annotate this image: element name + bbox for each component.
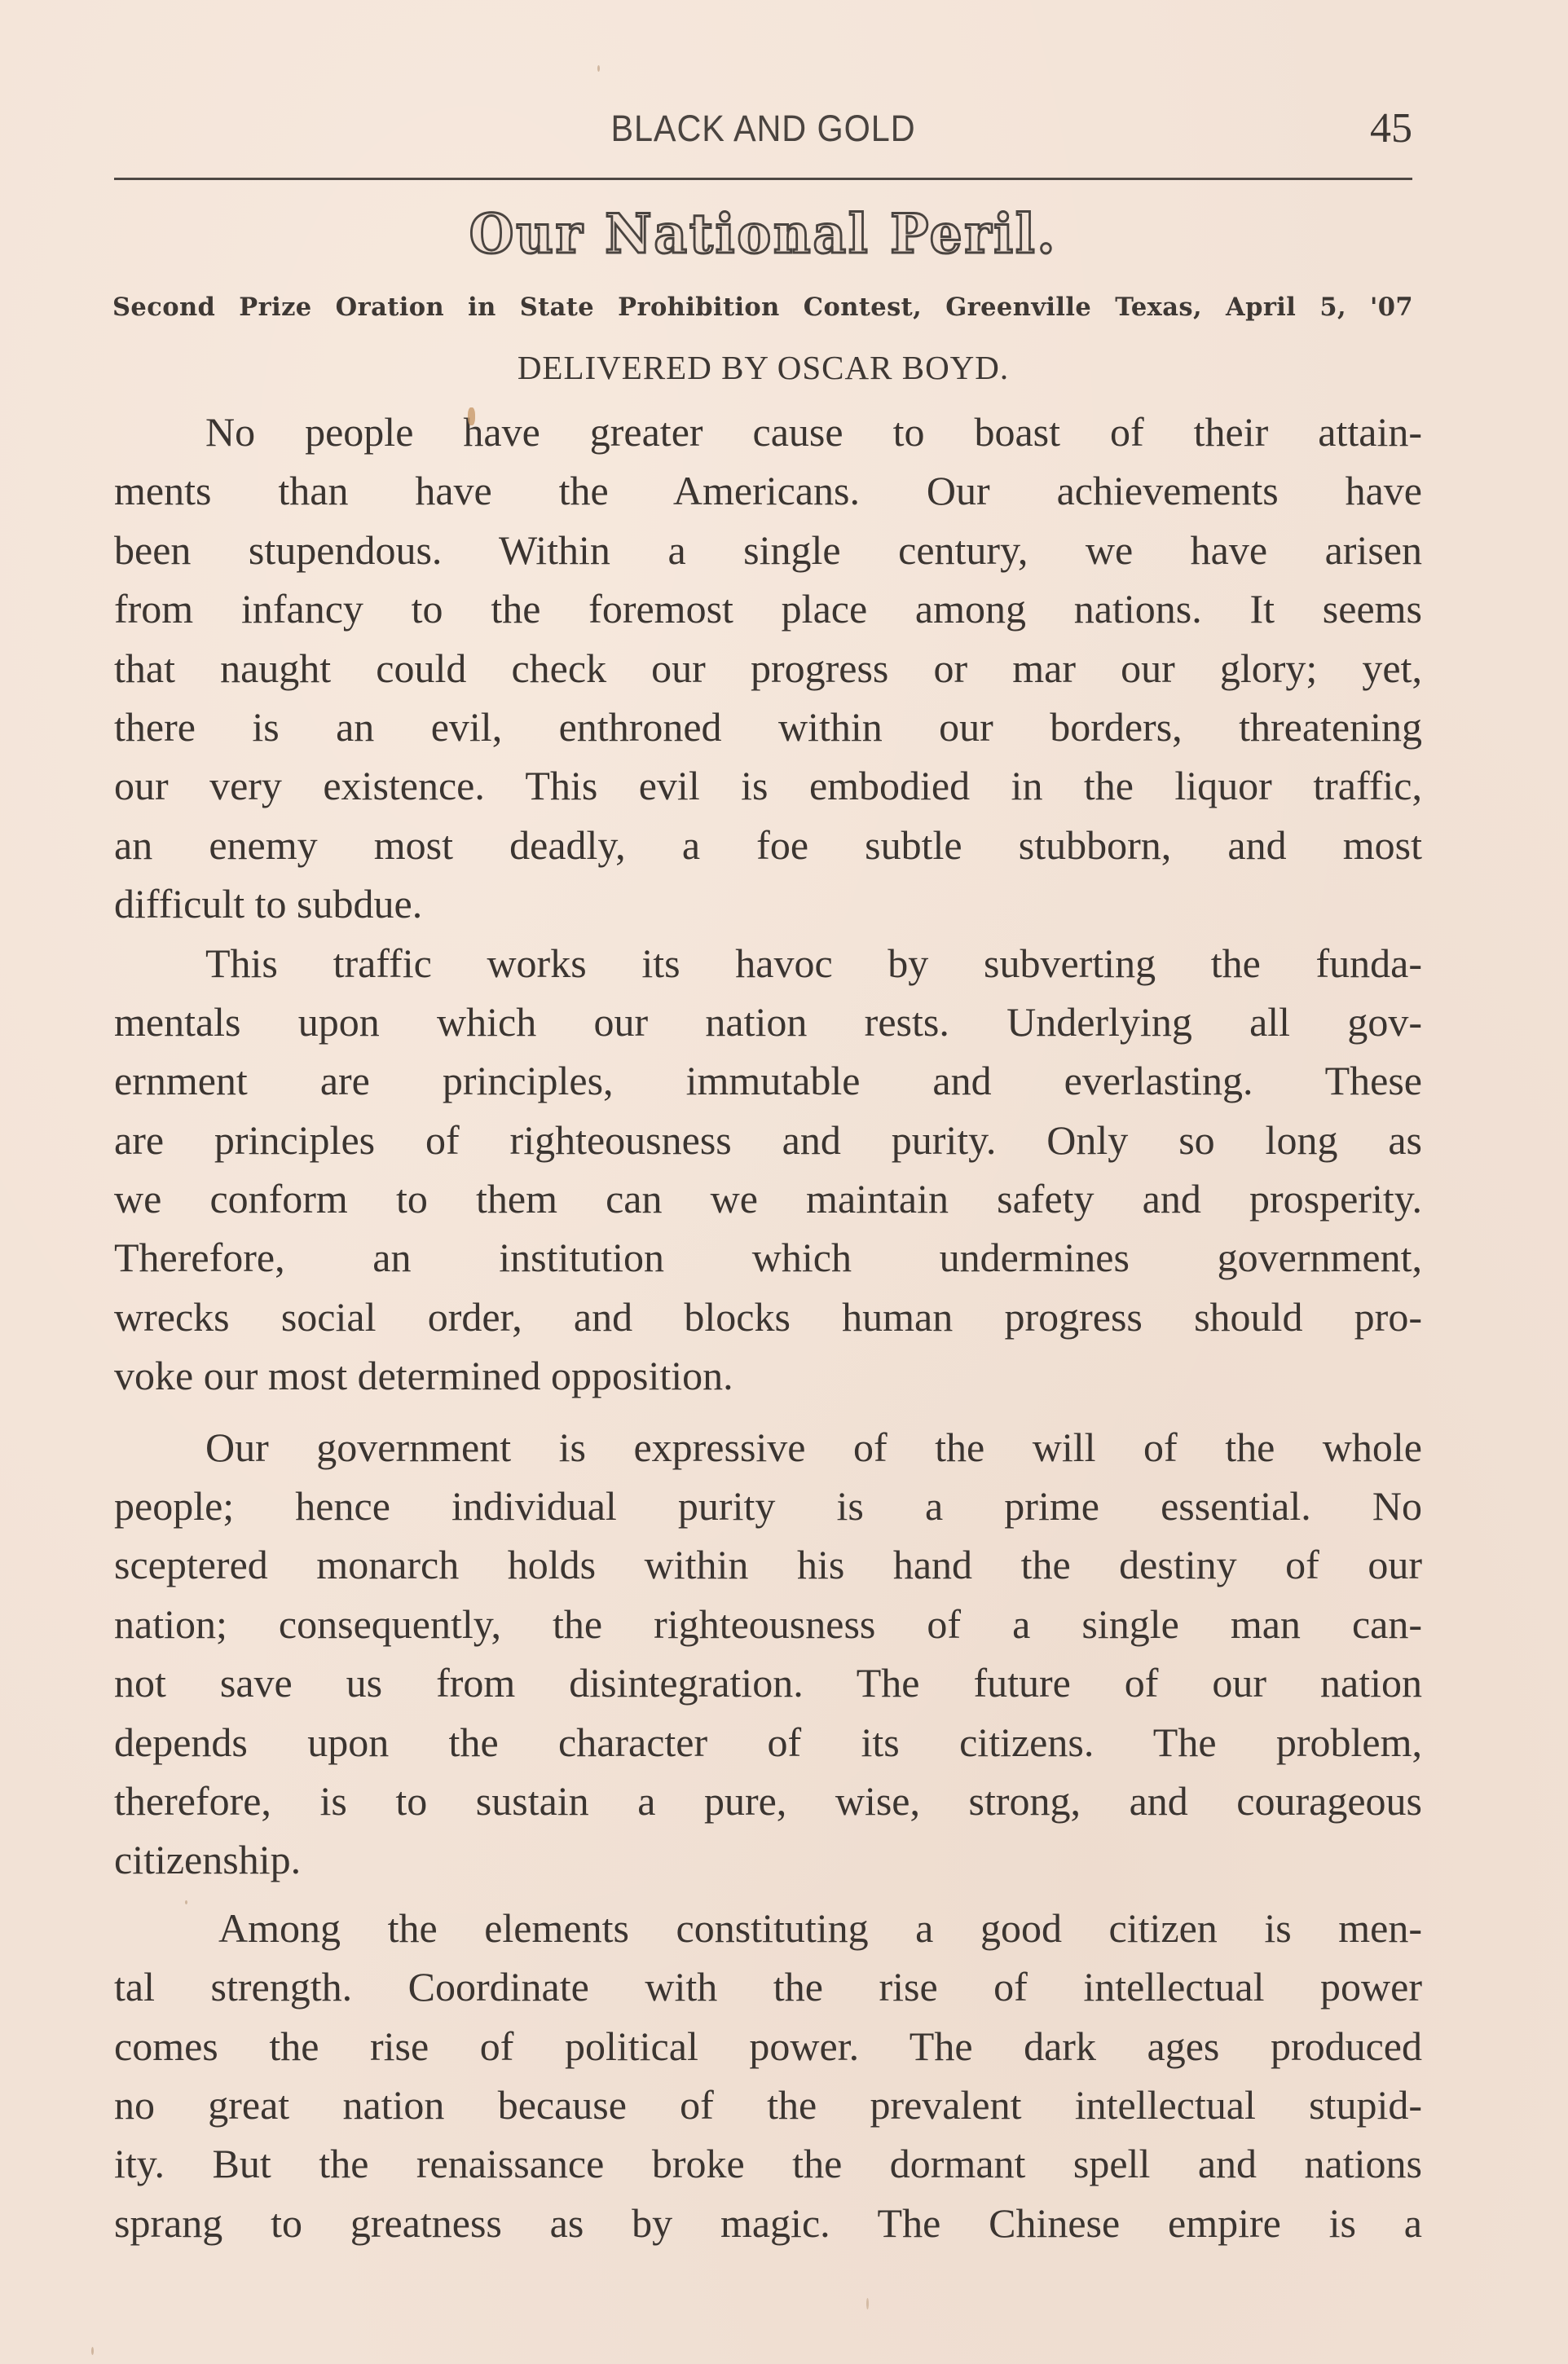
text-line: sceptered monarch holds within his hand …: [114, 1535, 1422, 1594]
text-line: comes the rise of political power. The d…: [114, 2017, 1422, 2076]
text-line: not save us from disintegration. The fut…: [114, 1653, 1422, 1712]
text-line: depends upon the character of its citize…: [114, 1713, 1422, 1772]
article-subtitle: Second Prize Oration in State Prohibitio…: [112, 293, 1413, 322]
text-line: therefore, is to sustain a pure, wise, s…: [114, 1772, 1422, 1830]
text-line: people; hence individual purity is a pri…: [114, 1477, 1422, 1535]
paper-speck: [597, 65, 600, 72]
paper-speck: [91, 2347, 94, 2355]
paragraph-4: Among the elements constituting a good c…: [114, 1899, 1422, 2252]
book-page: BLACK AND GOLD 45 Our National Peril. Se…: [0, 0, 1568, 2364]
page-number: 45: [1370, 104, 1412, 152]
text-line: nation; consequently, the righteousness …: [114, 1595, 1422, 1653]
text-line: no great nation because of the prevalent…: [114, 2076, 1422, 2134]
text-line: Our government is expressive of the will…: [114, 1418, 1422, 1477]
text-line: our very existence. This evil is embodie…: [114, 756, 1422, 815]
text-line: Therefore, an institution which undermin…: [114, 1228, 1422, 1287]
text-line: Among the elements constituting a good c…: [114, 1899, 1422, 1957]
text-line: mentals upon which our nation rests. Und…: [114, 993, 1422, 1051]
text-line: citizenship.: [114, 1830, 1422, 1889]
running-head: BLACK AND GOLD 45: [114, 104, 1412, 153]
text-line: been stupendous. Within a single century…: [114, 521, 1422, 579]
paper-speck: [185, 1900, 187, 1904]
header-rule-divider: [114, 178, 1412, 180]
text-line: from infancy to the foremost place among…: [114, 579, 1422, 638]
text-line: voke our most determined opposition.: [114, 1346, 1422, 1405]
text-line: ernment are principles, immutable and ev…: [114, 1051, 1422, 1110]
text-line: No people have greater cause to boast of…: [114, 403, 1422, 461]
paragraph-3: Our government is expressive of the will…: [114, 1418, 1422, 1890]
text-line: we conform to them can we maintain safet…: [114, 1169, 1422, 1228]
text-line: This traffic works its havoc by subverti…: [114, 934, 1422, 993]
text-line: are principles of righteousness and puri…: [114, 1111, 1422, 1169]
text-line: difficult to subdue.: [114, 874, 1422, 933]
paper-speck: [866, 2298, 869, 2309]
text-line: an enemy most deadly, a foe subtle stubb…: [114, 816, 1422, 874]
article-body: No people have greater cause to boast of…: [114, 403, 1422, 2252]
text-line: there is an evil, enthroned within our b…: [114, 698, 1422, 756]
paragraph-1: No people have greater cause to boast of…: [114, 403, 1422, 934]
text-line: that naught could check our progress or …: [114, 639, 1422, 698]
text-line: tal strength. Coordinate with the rise o…: [114, 1957, 1422, 2016]
article-byline: DELIVERED BY OSCAR BOYD.: [114, 348, 1412, 387]
text-line: ity. But the renaissance broke the dorma…: [114, 2134, 1422, 2193]
text-line: sprang to greatness as by magic. The Chi…: [114, 2194, 1422, 2252]
paper-stain-mark: [468, 407, 475, 425]
paragraph-2: This traffic works its havoc by subverti…: [114, 934, 1422, 1406]
text-line: wrecks social order, and blocks human pr…: [114, 1288, 1422, 1346]
text-line: ments than have the Americans. Our achie…: [114, 461, 1422, 520]
running-head-title: BLACK AND GOLD: [166, 108, 1361, 150]
article-title: Our National Peril.: [147, 202, 1380, 266]
